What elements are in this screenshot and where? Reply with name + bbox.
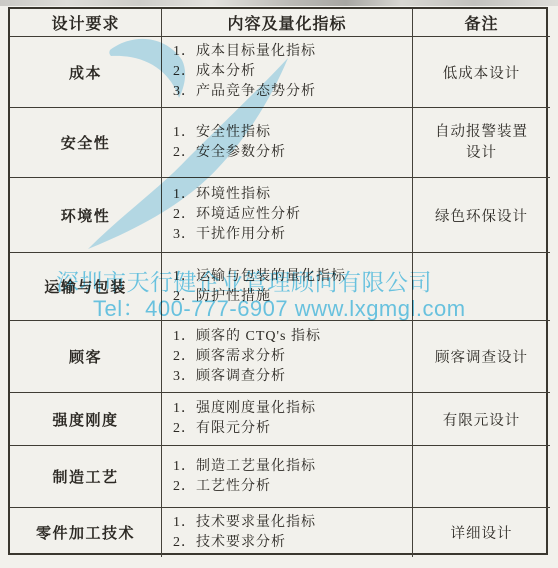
header-cell-requirement: 设计要求 <box>10 9 161 36</box>
requirement-cell: 顾客 <box>10 320 161 392</box>
requirement-cell: 零件加工技术 <box>10 507 161 557</box>
note-cell: 顾客调查设计 <box>412 320 550 392</box>
requirement-cell: 运输与包装 <box>10 252 161 320</box>
items-cell: 1．安全性指标 2．安全参数分析 <box>161 107 412 177</box>
items-cell: 1．成本目标量化指标 2．成本分析 3．产品竞争态势分析 <box>161 36 412 107</box>
scan-edge <box>0 0 558 6</box>
item-line: 1．技术要求量化指标 <box>173 513 316 533</box>
item-line: 1．顾客的 CTQ's 指标 <box>173 327 321 347</box>
requirement-cell: 安全性 <box>10 107 161 177</box>
header-label: 内容及量化指标 <box>227 11 346 34</box>
item-line: 3．顾客调查分析 <box>173 367 286 387</box>
item-line: 1．安全性指标 <box>173 123 271 143</box>
requirement-cell: 制造工艺 <box>10 445 161 507</box>
header-label: 备注 <box>464 11 498 34</box>
item-line: 2．有限元分析 <box>173 419 271 439</box>
item-line: 2．成本分析 <box>173 62 256 82</box>
items-cell: 1．运输与包装的量化指标 2．防护性措施 <box>161 252 412 320</box>
header-cell-content: 内容及量化指标 <box>161 9 412 36</box>
note-label: 详细设计 <box>451 522 513 543</box>
note-cell <box>412 252 550 320</box>
items-cell: 1．制造工艺量化指标 2．工艺性分析 <box>161 445 412 507</box>
requirement-label: 环境性 <box>61 205 111 226</box>
item-line: 1．运输与包装的量化指标 <box>173 267 346 287</box>
note-cell: 详细设计 <box>412 507 550 557</box>
item-line: 1．成本目标量化指标 <box>173 42 316 62</box>
note-label: 低成本设计 <box>443 62 521 83</box>
requirement-label: 安全性 <box>61 132 111 153</box>
item-line: 3．产品竞争态势分析 <box>173 82 316 102</box>
note-cell: 有限元设计 <box>412 392 550 445</box>
requirement-label: 制造工艺 <box>52 466 118 487</box>
item-line: 2．工艺性分析 <box>173 477 271 497</box>
note-cell: 自动报警装置设计 <box>412 107 550 177</box>
note-label: 有限元设计 <box>443 409 521 430</box>
requirement-label: 零件加工技术 <box>36 522 135 543</box>
items-cell: 1．环境性指标 2．环境适应性分析 3．干扰作用分析 <box>161 177 412 252</box>
note-cell: 低成本设计 <box>412 36 550 107</box>
note-cell: 绿色环保设计 <box>412 177 550 252</box>
requirement-cell: 强度刚度 <box>10 392 161 445</box>
requirement-cell: 成本 <box>10 36 161 107</box>
item-line: 2．防护性措施 <box>173 287 271 307</box>
requirement-label: 成本 <box>69 62 102 83</box>
item-line: 1．强度刚度量化指标 <box>173 399 316 419</box>
note-cell <box>412 445 550 507</box>
requirement-label: 强度刚度 <box>52 409 118 430</box>
requirement-label: 运输与包装 <box>44 276 127 297</box>
design-requirements-table: 设计要求 内容及量化指标 备注 成本 1．成本目标量化指标 2．成本分析 3．产… <box>8 7 548 555</box>
items-cell: 1．技术要求量化指标 2．技术要求分析 <box>161 507 412 557</box>
item-line: 1．制造工艺量化指标 <box>173 457 316 477</box>
item-line: 1．环境性指标 <box>173 185 271 205</box>
items-cell: 1．强度刚度量化指标 2．有限元分析 <box>161 392 412 445</box>
note-label: 顾客调查设计 <box>435 346 528 367</box>
item-line: 2．环境适应性分析 <box>173 205 301 225</box>
note-label: 绿色环保设计 <box>435 205 528 226</box>
header-cell-note: 备注 <box>412 9 550 36</box>
item-line: 2．安全参数分析 <box>173 143 286 163</box>
header-label: 设计要求 <box>51 11 119 34</box>
requirement-label: 顾客 <box>69 346 102 367</box>
item-line: 3．干扰作用分析 <box>173 225 286 245</box>
requirement-cell: 环境性 <box>10 177 161 252</box>
item-line: 2．顾客需求分析 <box>173 347 286 367</box>
note-label: 自动报警装置设计 <box>432 122 532 164</box>
item-line: 2．技术要求分析 <box>173 533 286 553</box>
items-cell: 1．顾客的 CTQ's 指标 2．顾客需求分析 3．顾客调查分析 <box>161 320 412 392</box>
